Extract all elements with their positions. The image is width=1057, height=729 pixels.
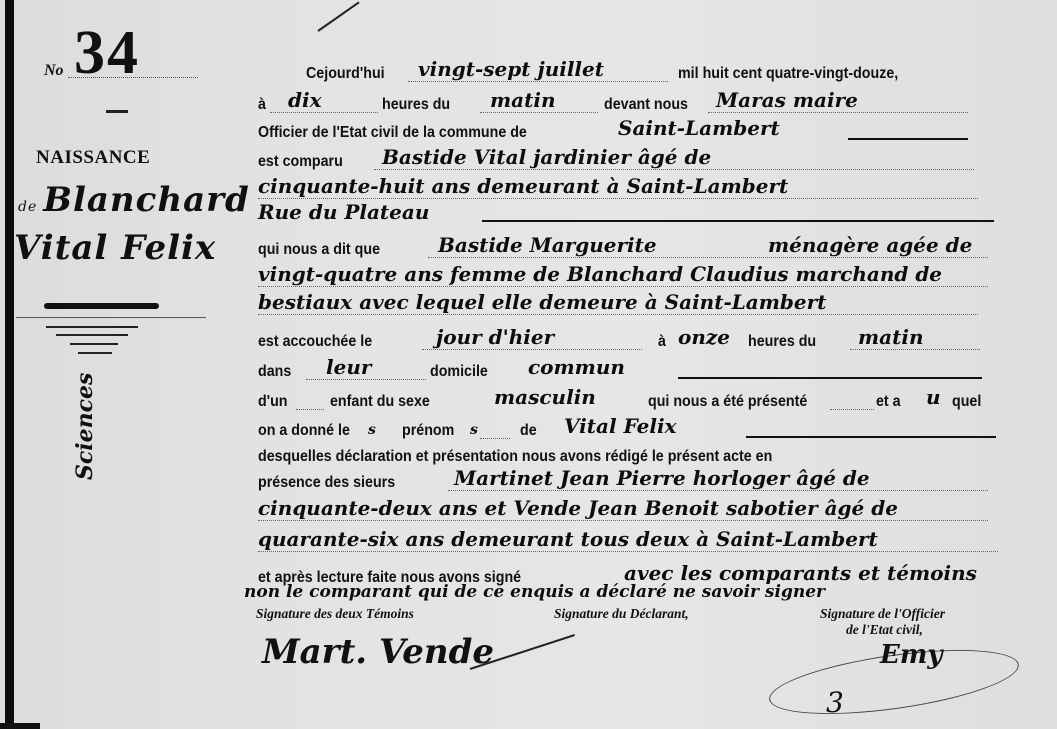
handwritten-commune: Saint-Lambert xyxy=(618,116,780,140)
fill-rule xyxy=(678,377,982,379)
body-line-9: bestiaux avec lequel elle demeure à Sain… xyxy=(258,290,998,320)
handwritten-text: bestiaux avec lequel elle demeure à Sain… xyxy=(258,290,826,314)
handwritten-date: vingt-sept juillet xyxy=(418,57,604,81)
handwritten-period: matin xyxy=(490,88,556,112)
margin-flourish xyxy=(44,303,159,309)
body-line-1: Cejourd'hui vingt-sept juillet mil huit … xyxy=(258,57,998,87)
printed-text: à xyxy=(258,96,266,114)
page-corner-shadow xyxy=(0,723,40,729)
officer-signature: Emy xyxy=(880,640,942,670)
printed-text: on a donné le xyxy=(258,422,350,440)
handwritten-text: quarante-six ans demeurant tous deux à S… xyxy=(258,527,878,551)
printed-text: heures du xyxy=(382,96,450,114)
printed-text: est accouchée le xyxy=(258,333,372,351)
fill-line xyxy=(270,112,378,113)
margin-given-names: Vital Felix xyxy=(14,228,216,268)
handwritten-address: Rue du Plateau xyxy=(258,200,429,224)
fill-line xyxy=(258,198,978,199)
printed-text: desquelles déclaration et présentation n… xyxy=(258,448,772,466)
printed-text: présence des sieurs xyxy=(258,474,395,492)
declarant-signature-label: Signature du Déclarant, xyxy=(554,606,689,622)
fill-line xyxy=(850,349,980,350)
fill-line xyxy=(374,169,974,170)
officer-signature-label-2: de l'Etat civil, xyxy=(846,622,923,638)
body-line-4: est comparu Bastide Vital jardinier âgé … xyxy=(258,145,998,175)
ink-stroke xyxy=(317,2,359,32)
margin-vertical-signature: Sciences xyxy=(72,373,98,480)
handwritten-declarant: Bastide Vital jardinier âgé de xyxy=(382,145,711,169)
printed-text: dans xyxy=(258,363,291,381)
printed-text: prénom xyxy=(402,422,454,440)
page-binding-edge xyxy=(5,0,14,729)
fill-rule xyxy=(848,138,968,140)
margin-surname: deBlanchard xyxy=(18,180,250,220)
fill-line xyxy=(306,379,426,380)
separator-dash xyxy=(106,110,128,113)
record-type: NAISSANCE xyxy=(36,147,150,169)
fill-line xyxy=(422,349,642,350)
handwritten-officer: Maras maire xyxy=(716,88,858,112)
handwritten-witness-2: cinquante-deux ans et Vende Jean Benoit … xyxy=(258,496,898,520)
margin-prefix: de xyxy=(18,199,37,215)
handwritten-given-names: Vital Felix xyxy=(564,414,676,438)
margin-rule xyxy=(16,317,206,318)
handwritten-sex: masculin xyxy=(494,385,596,409)
handwritten-text: non le comparant qui de ce enquis a décl… xyxy=(244,582,825,602)
fill-rule xyxy=(746,436,996,438)
number-label: No xyxy=(44,62,64,80)
printed-text: devant nous xyxy=(604,96,688,114)
printed-text: Officier de l'Etat civil de la commune d… xyxy=(258,124,527,142)
handwritten-period: matin xyxy=(858,325,924,349)
printed-text: d'un xyxy=(258,393,288,411)
body-line-7: qui nous a dit que Bastide Marguerite mé… xyxy=(258,233,998,263)
handwritten-day: jour d'hier xyxy=(436,325,554,349)
handwritten-text: commun xyxy=(528,355,625,379)
register-page: No 34 NAISSANCE deBlanchard Vital Felix … xyxy=(0,0,1057,729)
printed-text: qui nous a dit que xyxy=(258,241,380,259)
printed-text: domicile xyxy=(430,363,488,381)
fill-line xyxy=(258,520,988,521)
body-line-16: cinquante-deux ans et Vende Jean Benoit … xyxy=(258,496,998,526)
body-line-6: Rue du Plateau xyxy=(258,200,998,230)
fill-line xyxy=(408,81,668,82)
body-line-17: quarante-six ans demeurant tous deux à S… xyxy=(258,527,998,557)
fill-line xyxy=(708,112,968,113)
handwritten-mother: Bastide Marguerite xyxy=(438,233,657,257)
printed-text: mil huit cent quatre-vingt-douze, xyxy=(678,65,898,83)
fill-line xyxy=(428,257,988,258)
officer-signature-mark: 3 xyxy=(826,686,844,719)
handwritten-text: leur xyxy=(326,355,371,379)
body-line-12: d'un enfant du sexe masculin qui nous a … xyxy=(258,385,998,415)
decorative-rule xyxy=(70,343,118,345)
body-line-10: est accouchée le jour d'hier à onze heur… xyxy=(258,325,998,355)
fill-line xyxy=(258,286,988,287)
body-line-15: présence des sieurs Martinet Jean Pierre… xyxy=(258,466,998,496)
handwritten-text: ménagère agée de xyxy=(768,233,972,257)
fill-line xyxy=(258,314,978,315)
officer-signature-label: Signature de l'Officier xyxy=(820,606,945,622)
printed-text: qui nous a été présenté xyxy=(648,393,807,411)
printed-text: est comparu xyxy=(258,153,343,171)
printed-text: à xyxy=(658,333,666,351)
fill-line xyxy=(258,551,998,552)
fill-line xyxy=(296,409,324,410)
printed-text: heures du xyxy=(748,333,816,351)
witness-signature: Mart. Vende xyxy=(262,632,494,672)
handwritten-text: cinquante-huit ans demeurant à Saint-Lam… xyxy=(258,174,788,198)
handwritten-hour: onze xyxy=(678,325,730,349)
number-value: 34 xyxy=(74,22,140,84)
handwritten-text: u xyxy=(926,385,941,409)
fill-line xyxy=(448,490,988,491)
decorative-rule xyxy=(78,352,112,354)
handwritten-witness-1: Martinet Jean Pierre horloger âgé de xyxy=(454,466,870,490)
printed-text: de xyxy=(520,422,537,440)
handwritten-text: s xyxy=(470,422,478,438)
fill-line xyxy=(830,409,874,410)
margin-surname-text: Blanchard xyxy=(43,180,250,220)
body-line-11: dans leur domicile commun xyxy=(258,355,998,385)
printed-text: Cejourd'hui xyxy=(306,65,385,83)
printed-text: et a xyxy=(876,393,901,411)
handwritten-hour: dix xyxy=(288,88,322,112)
decorative-rule xyxy=(56,334,128,336)
decorative-rule xyxy=(46,326,138,328)
printed-text: quel xyxy=(952,393,981,411)
fill-rule xyxy=(482,220,994,222)
body-line-3: Officier de l'Etat civil de la commune d… xyxy=(258,116,998,146)
fill-line xyxy=(480,438,510,439)
fill-line xyxy=(480,112,598,113)
witnesses-signature-label: Signature des deux Témoins xyxy=(256,606,414,622)
body-line-2: à dix heures du matin devant nous Maras … xyxy=(258,88,998,118)
handwritten-text: vingt-quatre ans femme de Blanchard Clau… xyxy=(258,262,942,286)
handwritten-text: s xyxy=(368,422,376,438)
body-line-8: vingt-quatre ans femme de Blanchard Clau… xyxy=(258,262,998,292)
number-underline xyxy=(68,77,198,78)
printed-text: enfant du sexe xyxy=(330,393,430,411)
